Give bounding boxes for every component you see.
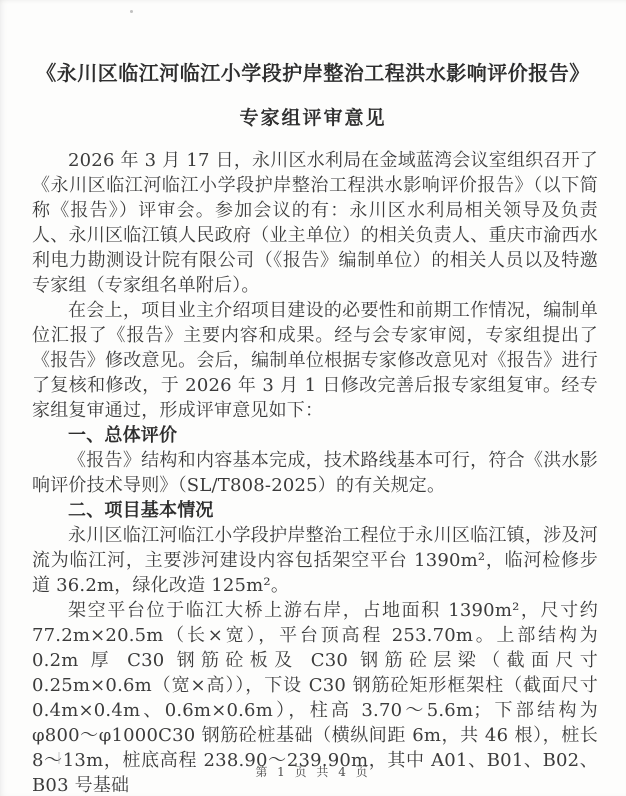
paragraph-meeting-overview: 2026 年 3 月 17 日，永川区水利局在金域蓝湾会议室组织召开了《永川区临… <box>32 148 598 298</box>
scan-speck <box>130 10 133 13</box>
page-number: 第 1 页 共 4 页 <box>0 763 626 780</box>
section-heading-project-basics: 二、项目基本情况 <box>32 498 598 523</box>
document-subtitle: 专家组评审意见 <box>0 103 626 130</box>
paragraph-review-process: 在会上，项目业主介绍项目建设的必要性和前期工作情况，编制单位汇报了《报告》主要内… <box>32 298 598 423</box>
paragraph-project-location: 永川区临江河临江小学段护岸整治工程位于永川区临江镇，涉及河流为临江河，主要涉河建… <box>32 523 598 598</box>
section-heading-overall-evaluation: 一、总体评价 <box>32 423 598 448</box>
document-page: 《永川区临江河临江小学段护岸整治工程洪水影响评价报告》 专家组评审意见 2026… <box>0 0 626 796</box>
document-title: 《永川区临江河临江小学段护岸整治工程洪水影响评价报告》 <box>28 60 598 86</box>
document-body: 2026 年 3 月 17 日，永川区水利局在金域蓝湾会议室组织召开了《永川区临… <box>32 148 598 796</box>
paragraph-overall-evaluation: 《报告》结构和内容基本完成，技术路线基本可行，符合《洪水影响评价技术导则》（SL… <box>32 448 598 498</box>
